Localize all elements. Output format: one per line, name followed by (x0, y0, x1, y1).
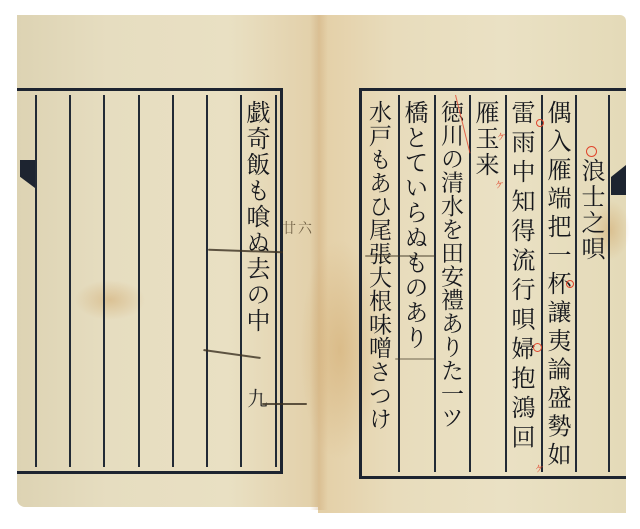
red-kana-mark: ケ (495, 178, 504, 191)
column-rule (103, 95, 105, 467)
column-rule (275, 95, 277, 467)
book-spread: 戯奇飯も喰ぬ去の中 九 廿六 浪士之唄 偶入雁端把一杯讓夷論盛勢如 雷雨中知得流… (0, 0, 640, 529)
red-circle-mark (533, 343, 542, 352)
text-column-5: 橋とていらぬものあり (402, 100, 426, 350)
crease-mark (365, 255, 435, 257)
column-rule (575, 95, 577, 472)
text-column-4: 徳川の清水を田安禮ありた一ツ (438, 100, 461, 429)
crease-mark (262, 403, 307, 405)
column-rule (206, 95, 208, 467)
left-text-column: 戯奇飯も喰ぬ去の中 (244, 100, 268, 334)
column-rule (172, 95, 174, 467)
red-circle-mark (586, 146, 597, 157)
red-circle-mark (536, 119, 544, 127)
column-rule (138, 95, 140, 467)
red-circle-mark (566, 280, 574, 288)
column-rule (69, 95, 71, 467)
song-title: 浪士之唄 (579, 158, 603, 262)
text-column-2: 雷雨中知得流行唄婦抱鴻回 (509, 100, 533, 454)
text-column-3: 雁玉来 (473, 100, 497, 178)
crease-mark (395, 358, 435, 360)
red-kana-mark: ケ (497, 130, 506, 143)
column-rule (35, 95, 37, 467)
column-rule (608, 95, 610, 472)
gutter-marks: 廿六 (282, 222, 314, 236)
red-kana-mark: ケ (535, 462, 544, 475)
text-column-6: 水戸もあひ尾張大根味噌さつけ (366, 100, 389, 430)
column-rule (434, 95, 436, 472)
page-number: 九 (246, 388, 266, 410)
